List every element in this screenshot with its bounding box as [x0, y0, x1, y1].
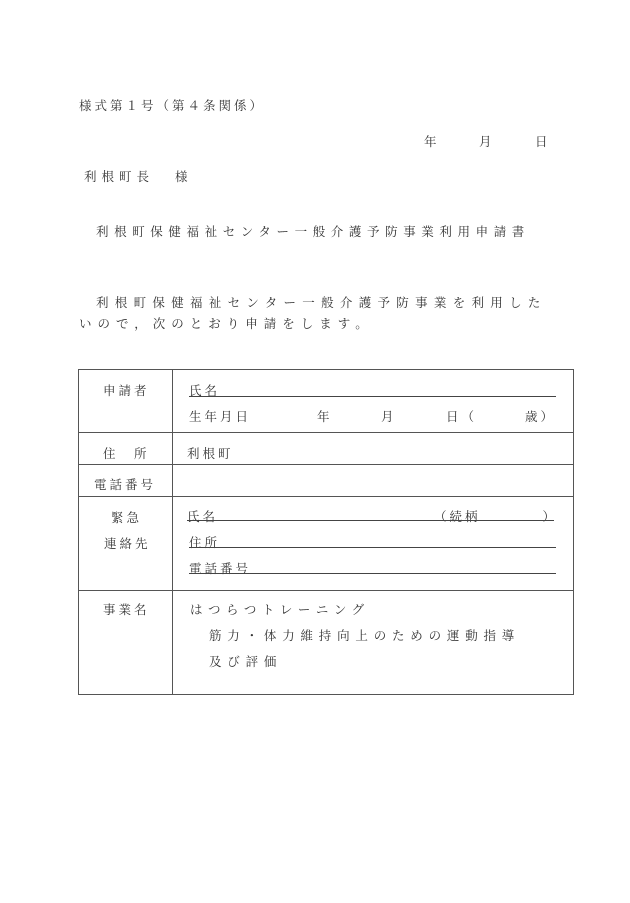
- phone-label: 電話番号: [94, 475, 156, 493]
- birth-year: 年: [317, 407, 333, 425]
- address-value: 利根町: [187, 444, 234, 462]
- program-name: はつらつトレーニング: [190, 600, 370, 618]
- application-table: 申請者 氏名 生年月日 年 月 日（ 歳） 住 所 利根町 電話番号 緊急 連絡…: [78, 369, 574, 695]
- date-day: 日: [535, 132, 551, 150]
- date-month: 月: [479, 132, 495, 150]
- program-desc-1: 筋力・体力維持向上のための運動指導: [209, 626, 520, 644]
- address-label: 住 所: [103, 444, 150, 462]
- emergency-label-2: 連絡先: [104, 534, 151, 552]
- program-desc-2: 及び評価: [209, 652, 282, 670]
- birth-day: 日（: [446, 407, 477, 425]
- birthdate-label: 生年月日: [189, 407, 251, 425]
- emergency-phone-field[interactable]: [189, 573, 556, 574]
- emergency-phone-label: 電話番号: [189, 559, 251, 577]
- form-number: 様式第１号（第４条関係）: [79, 96, 265, 114]
- row-divider: [79, 432, 573, 433]
- applicant-label: 申請者: [103, 381, 150, 399]
- body-line-1: 利根町保健福祉センター一般介護予防事業を利用した: [96, 293, 547, 311]
- applicant-name-field[interactable]: [189, 396, 556, 397]
- addressee-suffix: 様: [175, 167, 191, 185]
- column-divider: [172, 370, 173, 694]
- emergency-address-label: 住所: [189, 533, 220, 551]
- row-divider: [79, 590, 573, 591]
- age-label: 歳）: [525, 407, 556, 425]
- program-label: 事業名: [103, 600, 150, 618]
- emergency-relation: （続柄 ）: [434, 507, 558, 525]
- body-line-2: いので，次のとおり申請をします。: [79, 314, 374, 332]
- emergency-label-1: 緊急: [111, 508, 142, 526]
- emergency-name-label: 氏名: [187, 507, 218, 525]
- emergency-address-field[interactable]: [189, 547, 556, 548]
- addressee: 利根町長: [84, 167, 154, 185]
- date-year: 年: [424, 132, 440, 150]
- page-title: 利根町保健福祉センター一般介護予防事業利用申請書: [96, 222, 530, 240]
- row-divider: [79, 496, 573, 497]
- emergency-name-field[interactable]: [187, 520, 554, 521]
- birth-month: 月: [381, 407, 397, 425]
- row-divider: [79, 464, 573, 465]
